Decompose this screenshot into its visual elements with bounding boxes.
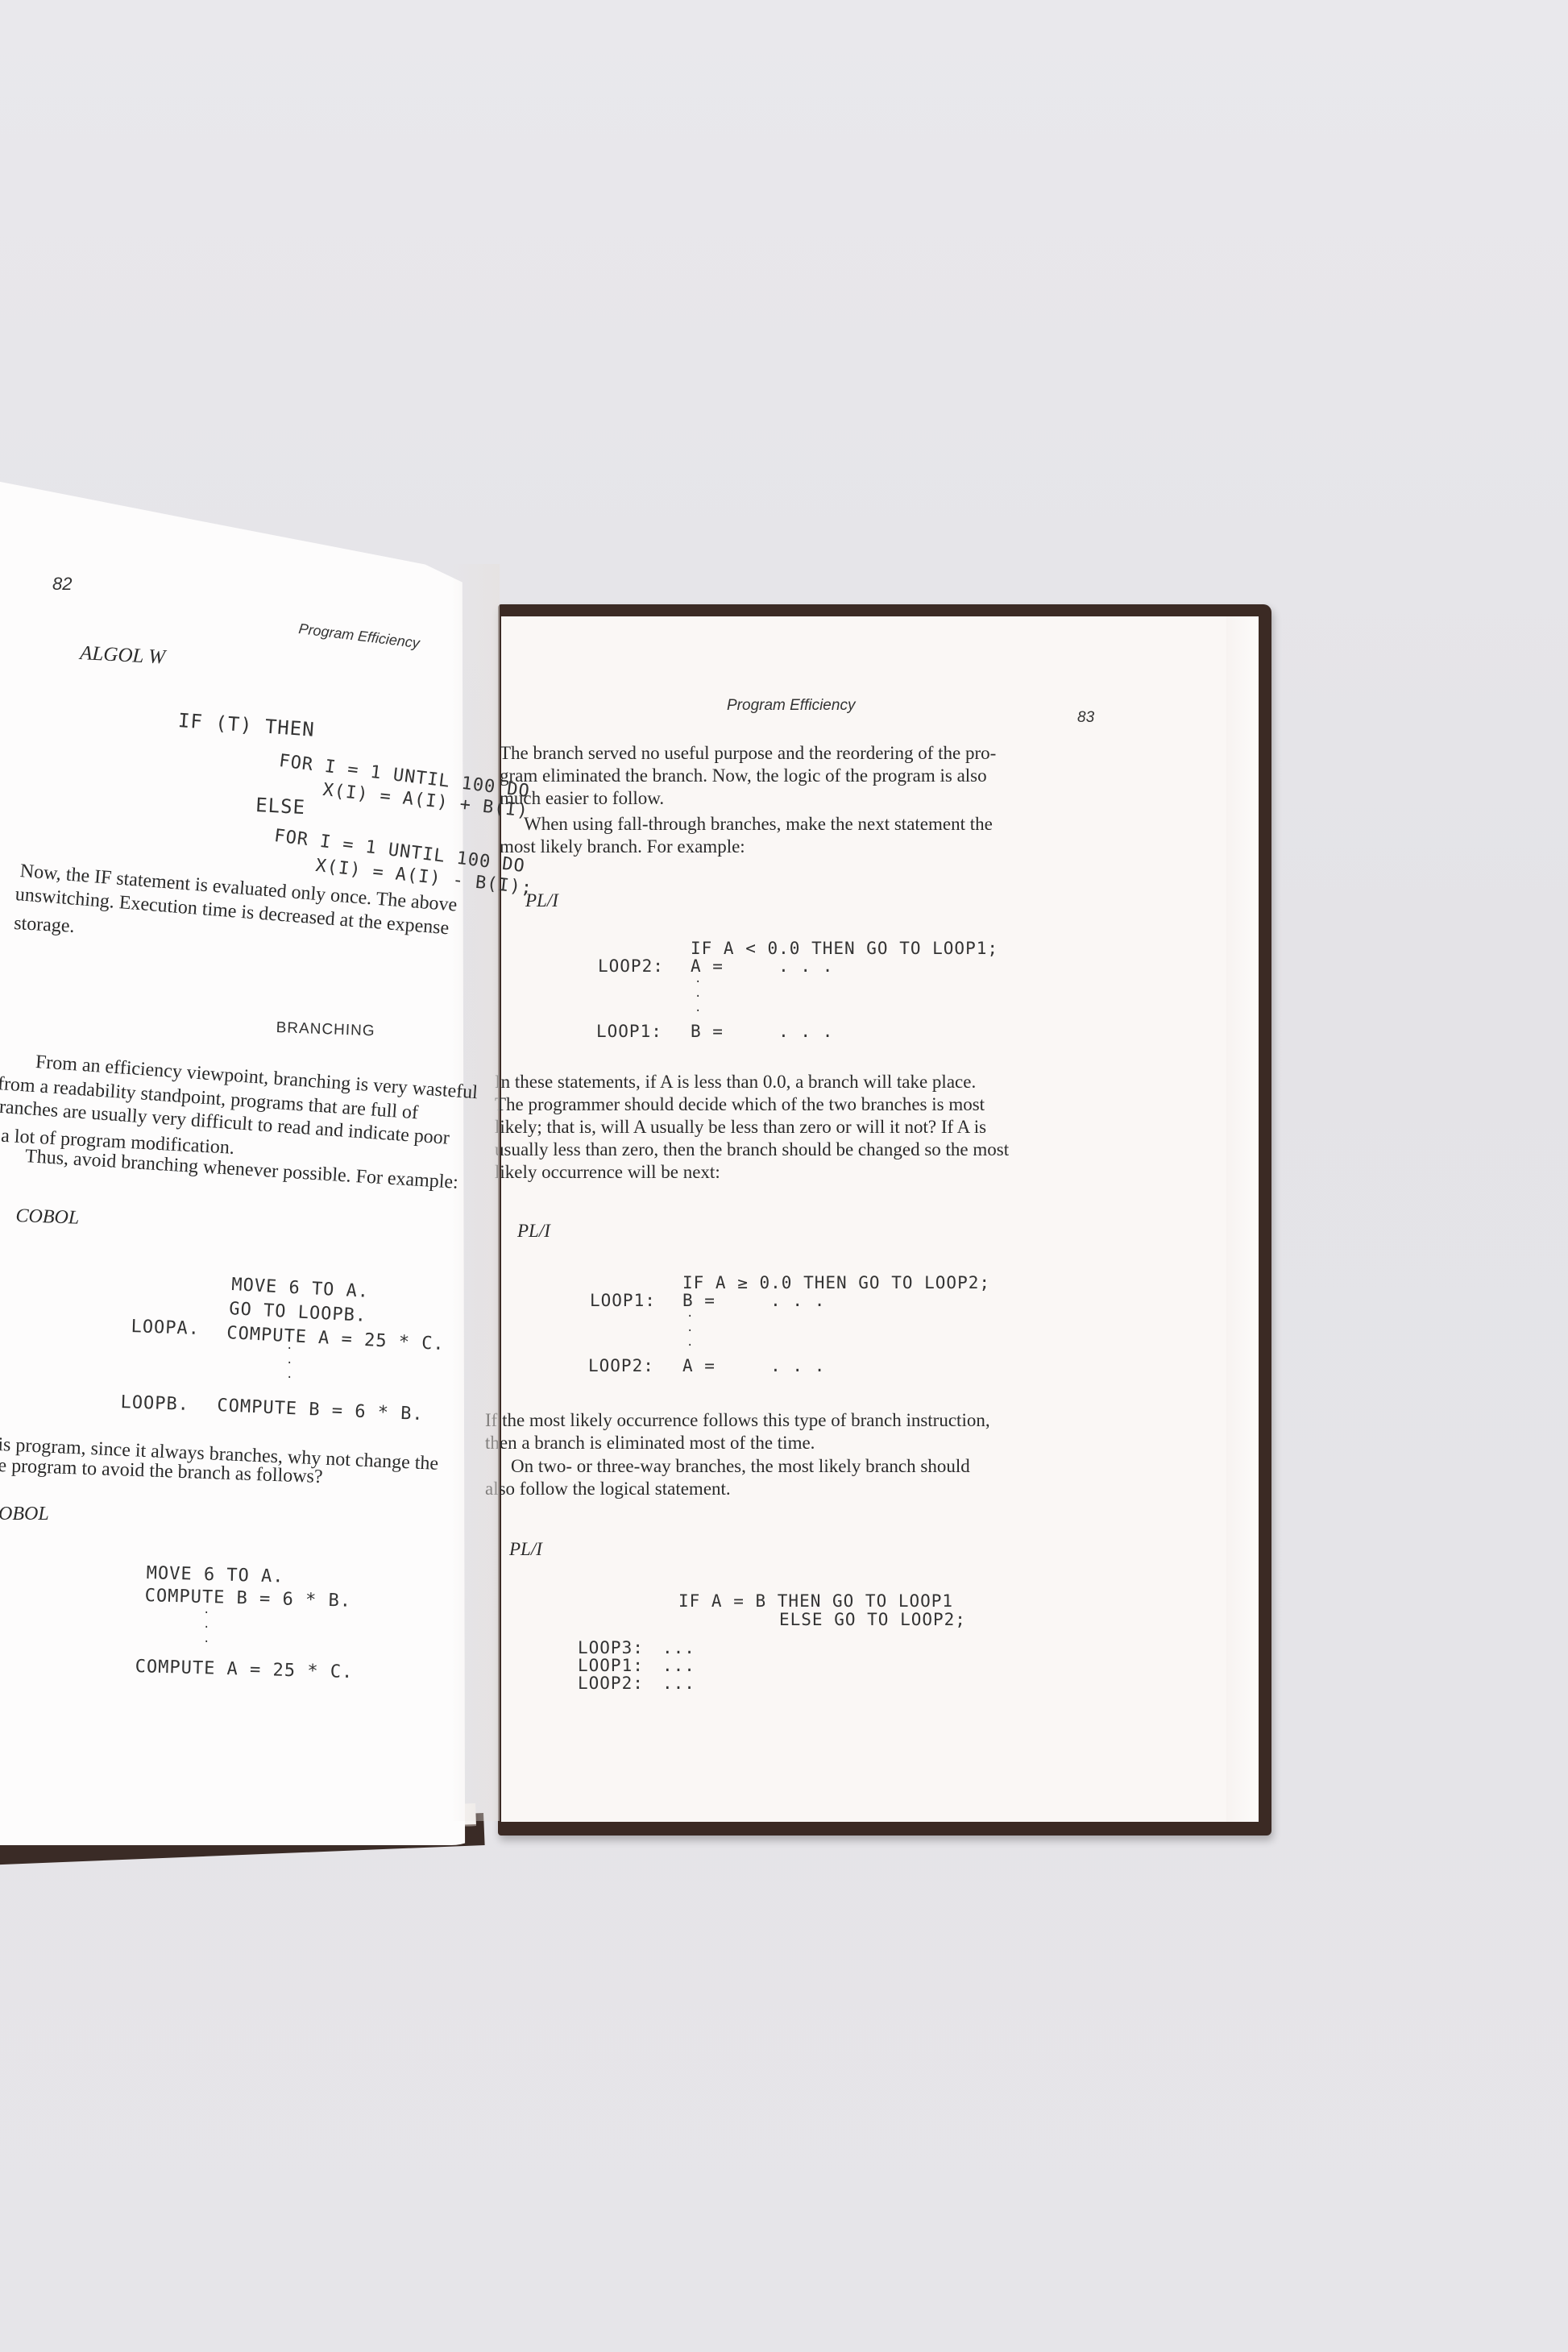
cobol-label-1: COBOL	[15, 1205, 80, 1230]
cobol-label-2: OBOL	[0, 1504, 49, 1525]
section-heading: BRANCHING	[276, 1019, 375, 1040]
photo-scene: Program Efficiency 83 The branch served …	[0, 0, 1568, 2352]
running-header-right: Program Efficiency	[727, 697, 855, 715]
page-83: Program Efficiency 83 The branch served …	[501, 616, 1259, 1822]
ellipsis-vertical: ···	[695, 975, 701, 1018]
pli-label-3: PL/I	[509, 1539, 542, 1560]
ellipsis-vertical: ···	[286, 1342, 292, 1385]
pli-label-2: PL/I	[517, 1221, 550, 1242]
ellipsis-vertical: ···	[687, 1309, 693, 1353]
gutter-shadow	[451, 564, 500, 1821]
algol-label: ALGOL W	[80, 642, 166, 669]
page-edge	[1226, 616, 1259, 1822]
page-number-82: 82	[52, 574, 72, 595]
ellipsis-vertical: ···	[203, 1606, 209, 1649]
page-number-83: 83	[1077, 709, 1094, 727]
